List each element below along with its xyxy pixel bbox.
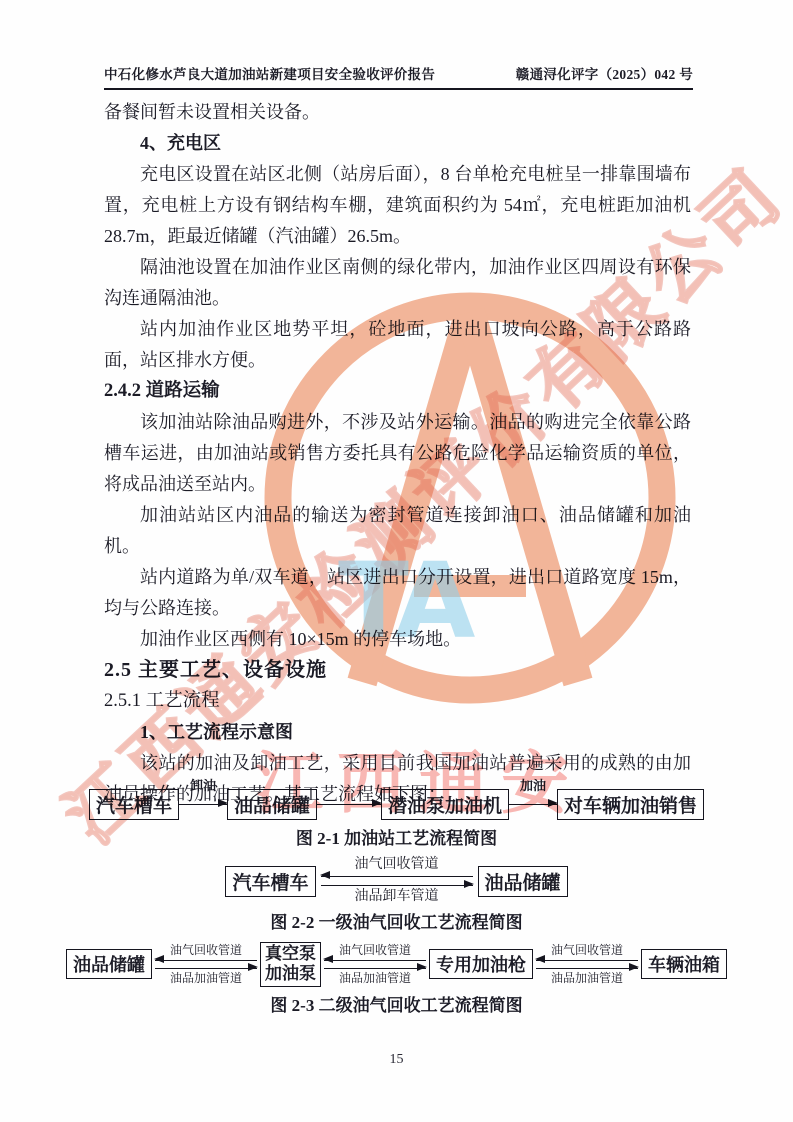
paragraph-road-2: 加油站站区内油品的输送为密封管道连接卸油口、油品储罐和加油机。 — [104, 500, 691, 562]
left-arrow-icon — [536, 960, 638, 961]
page-header: 中石化修水芦良大道加油站新建项目安全验收评价报告 赣通浔化评字（2025）042… — [104, 63, 693, 90]
paragraph-ground: 站内加油作业区地势平坦，砼地面，进出口坡向公路，高于公路路面，站区排水方便。 — [104, 314, 691, 376]
fuel-pump-line: 加油泵 — [265, 964, 316, 984]
figure-2-3: 油品储罐 油气回收管道 油品加油管道 真空泵 加油泵 油气回收管道 油品加油管道… — [60, 942, 733, 987]
double-arrow-connector: 油气回收管道 油品加油管道 — [152, 944, 260, 984]
left-arrow-icon — [321, 876, 473, 877]
heading-main-process: 2.5 主要工艺、设备设施 — [104, 655, 691, 686]
flow-box-dedicated-nozzle: 专用加油枪 — [429, 949, 533, 979]
flow-box-tank-truck: 汽车槽车 — [225, 866, 315, 897]
label-fueling-pipe: 油品加油管道 — [155, 972, 257, 984]
paragraph-charging: 充电区设置在站区北侧（站房后面），8 台单枪充电桩呈一排靠围墙布置，充电桩上方设… — [104, 159, 691, 252]
body-text: 备餐间暂未设置相关设备。 4、充电区 充电区设置在站区北侧（站房后面），8 台单… — [104, 97, 691, 810]
flow-box-storage-tank: 油品储罐 — [227, 789, 317, 820]
label-fueling-pipe: 油品加油管道 — [536, 972, 638, 984]
flow-box-storage-tank: 油品储罐 — [66, 949, 152, 979]
document-page: 中石化修水芦良大道加油站新建项目安全验收评价报告 赣通浔化评字（2025）042… — [0, 0, 793, 1122]
label-oil-unloading-pipe: 油品卸车管道 — [321, 890, 473, 904]
arrow-unload-oil: 卸油 — [179, 804, 227, 805]
heading-flow-diagram: 1、工艺流程示意图 — [104, 717, 691, 748]
flow-box-vehicle-sales: 对车辆加油销售 — [557, 789, 704, 820]
right-arrow-icon — [324, 968, 426, 969]
figure-2-1: 汽车槽车 卸油 油品储罐 潜油泵加油机 加油 对车辆加油销售 — [60, 789, 733, 820]
header-report-title: 中石化修水芦良大道加油站新建项目安全验收评价报告 — [104, 63, 435, 83]
label-vapor-recovery-pipe: 油气回收管道 — [321, 858, 473, 872]
heading-road-transport: 2.4.2 道路运输 — [104, 376, 691, 407]
double-arrow-connector: 油气回收管道 油品加油管道 — [321, 944, 429, 984]
vacuum-pump-line: 真空泵 — [265, 944, 316, 964]
flow-box-tank-truck: 汽车槽车 — [89, 789, 179, 820]
flow-box-vehicle-tank: 车辆油箱 — [641, 949, 727, 979]
heading-charging-area: 4、充电区 — [104, 128, 691, 159]
left-arrow-icon — [155, 960, 257, 961]
arrow-label-refuel: 加油 — [509, 779, 557, 792]
figure-2-1-caption: 图 2-1 加油站工艺流程简图 — [60, 824, 733, 849]
paragraph-road-3: 站内道路为单/双车道，站区进出口分开设置，进出口道路宽度 15m，均与公路连接。 — [104, 562, 691, 624]
right-arrow-icon — [509, 804, 557, 805]
paragraph-oil-pit: 隔油池设置在加油作业区南侧的绿化带内，加油作业区四周设有环保沟连通隔油池。 — [104, 252, 691, 314]
right-arrow-icon — [536, 968, 638, 969]
arrow-plain — [317, 804, 381, 805]
right-arrow-icon — [155, 968, 257, 969]
flow-box-vacuum-fuel-pump: 真空泵 加油泵 — [260, 942, 321, 987]
figure-2-3-caption: 图 2-3 二级油气回收工艺流程简图 — [60, 991, 733, 1016]
left-arrow-icon — [324, 960, 426, 961]
double-arrow-connector: 油气回收管道 油品加油管道 — [533, 944, 641, 984]
figure-2-2: 汽车槽车 油气回收管道 油品卸车管道 油品储罐 — [60, 858, 733, 904]
page-number: 15 — [0, 1052, 793, 1068]
paragraph-intro: 备餐间暂未设置相关设备。 — [104, 97, 691, 128]
paragraph-road-4: 加油作业区西侧有 10×15m 的停车场地。 — [104, 624, 691, 655]
paragraph-road-1: 该加油站除油品购进外，不涉及站外运输。油品的购进完全依靠公路槽车运进，由加油站或… — [104, 407, 691, 500]
heading-process-flow: 2.5.1 工艺流程 — [104, 686, 691, 717]
flow-box-storage-tank: 油品储罐 — [478, 866, 568, 897]
figure-2-2-caption: 图 2-2 一级油气回收工艺流程简图 — [60, 908, 733, 933]
header-doc-number: 赣通浔化评字（2025）042 号 — [516, 63, 693, 83]
double-arrow-connector: 油气回收管道 油品卸车管道 — [316, 858, 478, 904]
right-arrow-icon — [317, 804, 381, 805]
flow-box-submersible-pump-dispenser: 潜油泵加油机 — [381, 789, 509, 820]
arrow-label-unload: 卸油 — [179, 779, 227, 792]
label-fueling-pipe: 油品加油管道 — [324, 972, 426, 984]
right-arrow-icon — [179, 804, 227, 805]
label-vapor-recovery-pipe: 油气回收管道 — [324, 944, 426, 956]
arrow-refuel: 加油 — [509, 804, 557, 805]
figures-section: 汽车槽车 卸油 油品储罐 潜油泵加油机 加油 对车辆加油销售 图 2-1 加油站… — [60, 784, 733, 1018]
right-arrow-icon — [321, 885, 473, 886]
label-vapor-recovery-pipe: 油气回收管道 — [536, 944, 638, 956]
label-vapor-recovery-pipe: 油气回收管道 — [155, 944, 257, 956]
